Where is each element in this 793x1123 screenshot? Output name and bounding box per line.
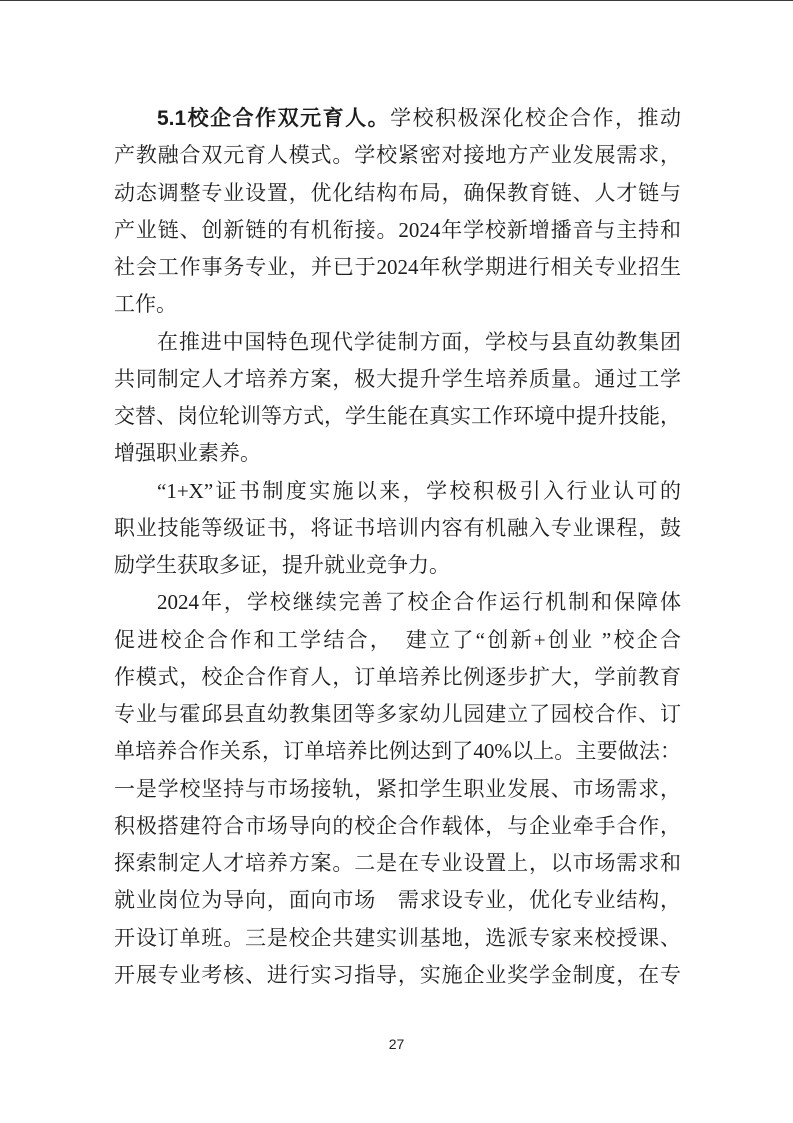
text-line: 一是学校坚持与市场接轨，紧扣学生职业发展、市场需求， <box>114 771 681 808</box>
text-line: 就业岗位为导向，面向市场 需求设专业，优化专业结构， <box>114 882 681 919</box>
section-heading: 5.1校企合作双元育人。 <box>157 107 390 130</box>
page-number: 27 <box>0 1036 793 1052</box>
paragraph-first-line: 5.1校企合作双元育人。学校积极深化校企合作，推动 <box>114 100 681 137</box>
text-line: 职业技能等级证书，将证书培训内容有机融入专业课程，鼓 <box>114 510 681 547</box>
text-line: 开展专业考核、进行实习指导，实施企业奖学金制度，在专 <box>114 957 681 994</box>
paragraph-first-line: 2024年，学校继续完善了校企合作运行机制和保障体系， <box>114 584 681 621</box>
text-line: 社会工作事务专业，并已于2024年秋学期进行相关专业招生 <box>114 249 681 286</box>
document-body: 5.1校企合作双元育人。学校积极深化校企合作，推动 产教融合双元育人模式。学校紧… <box>114 100 681 994</box>
document-page: 5.1校企合作双元育人。学校积极深化校企合作，推动 产教融合双元育人模式。学校紧… <box>0 0 793 1123</box>
text-line: 积极搭建符合市场导向的校企合作载体，与企业牵手合作， <box>114 808 681 845</box>
text-line: 单培养合作关系，订单培养比例达到了40%以上。主要做法： <box>114 733 681 770</box>
text-line: 开设订单班。三是校企共建实训基地，选派专家来校授课、 <box>114 920 681 957</box>
text-line: 动态调整专业设置，优化结构布局，确保教育链、人才链与 <box>114 175 681 212</box>
text-line: 共同制定人才培养方案，极大提升学生培养质量。通过工学 <box>114 361 681 398</box>
text-line: 交替、岗位轮训等方式，学生能在真实工作环境中提升技能， <box>114 398 681 435</box>
text-line: 产教融合双元育人模式。学校紧密对接地方产业发展需求， <box>114 137 681 174</box>
text-line: 专业与霍邱县直幼教集团等多家幼儿园建立了园校合作、订 <box>114 696 681 733</box>
text-line: 促进校企合作和工学结合， 建立了“创新+创业 ”校企合 <box>114 622 681 659</box>
paragraph-end-line: 增强职业素养。 <box>114 435 681 472</box>
text-line: 作模式，校企合作育人，订单培养比例逐步扩大，学前教育 <box>114 659 681 696</box>
paragraph-end-line: 励学生获取多证，提升就业竞争力。 <box>114 547 681 584</box>
paragraph-end-line: 工作。 <box>114 286 681 323</box>
text-run: 学校积极深化校企合作，推动 <box>390 106 681 130</box>
paragraph-first-line: 在推进中国特色现代学徒制方面，学校与县直幼教集团 <box>114 324 681 361</box>
paragraph-first-line: “1+X”证书制度实施以来，学校积极引入行业认可的 <box>114 473 681 510</box>
text-line: 产业链、创新链的有机衔接。2024年学校新增播音与主持和 <box>114 212 681 249</box>
text-line: 探索制定人才培养方案。二是在专业设置上，以市场需求和 <box>114 845 681 882</box>
